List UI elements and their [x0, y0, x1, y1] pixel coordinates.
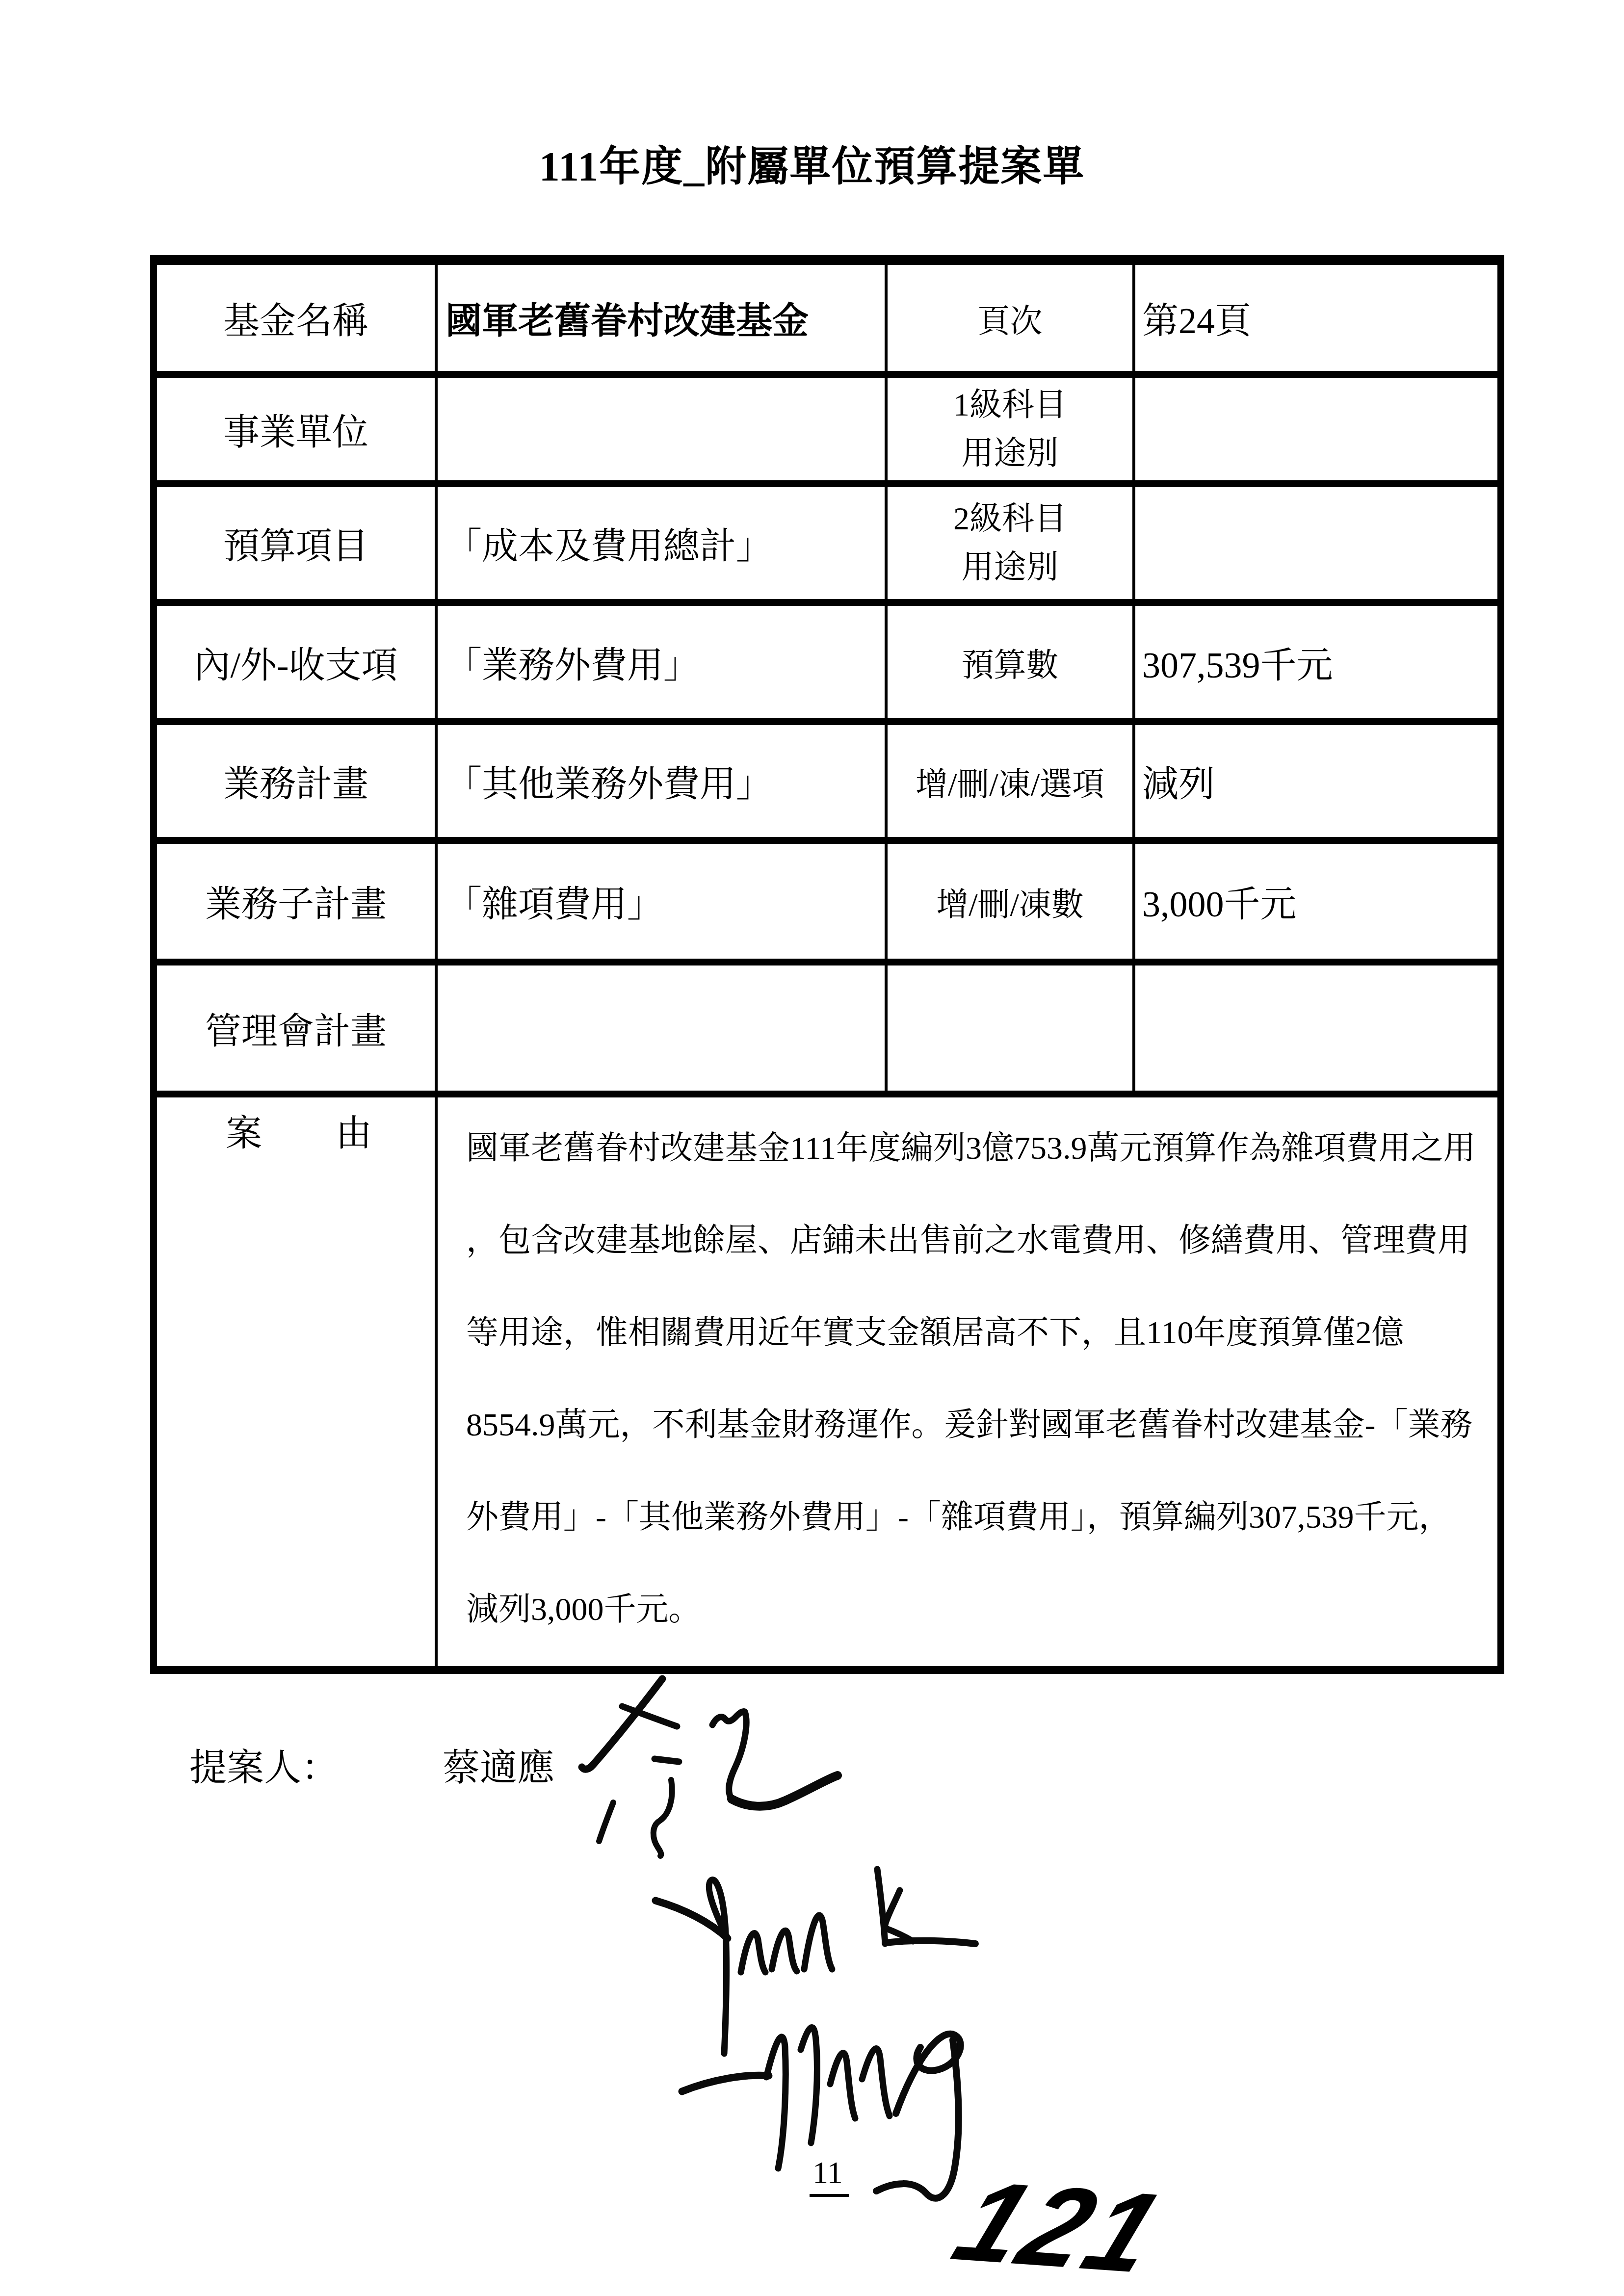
- level1-category-label-lines: 1級科目 用途別: [953, 381, 1067, 478]
- case-reason-line: 外費用」-「其他業務外費用」-「雜項費用」，預算編列307,539千元，: [466, 1471, 1485, 1564]
- management-board-plan-value: [438, 965, 888, 1097]
- management-board-plan-label: 管理會計畫: [157, 965, 438, 1097]
- fund-name-label: 基金名稱: [157, 265, 438, 378]
- business-unit-value: [438, 378, 888, 487]
- fund-name-value: 國軍老舊眷村改建基金: [438, 265, 888, 378]
- budget-item-label: 預算項目: [157, 487, 438, 606]
- business-plan-label: 業務計畫: [157, 725, 438, 844]
- level2-category-label: 2級科目 用途別: [888, 487, 1135, 606]
- business-subplan-value: 「雜項費用」: [438, 844, 888, 965]
- case-reason-line: 減列3,000千元。: [466, 1564, 1485, 1656]
- page-title: 111年度_附屬單位預算提案單: [0, 133, 1624, 193]
- scanned-budget-proposal-form: 111年度_附屬單位預算提案單 基金名稱 國軍老舊眷村改建基金 頁次 第24頁 …: [0, 0, 1624, 2296]
- business-unit-label: 事業單位: [157, 378, 438, 487]
- business-subplan-label: 業務子計畫: [157, 844, 438, 965]
- case-reason-line: 8554.9萬元，不利基金財務運作。爰針對國軍老舊眷村改建基金-「業務: [466, 1379, 1485, 1471]
- budget-table: 基金名稱 國軍老舊眷村改建基金 頁次 第24頁 事業單位 1級科目 用途別 預算…: [150, 255, 1504, 1674]
- case-reason-line: 國軍老舊眷村改建基金111年度編列3億753.9萬元預算作為雜項費用之用: [466, 1102, 1485, 1195]
- level1-category-label: 1級科目 用途別: [888, 378, 1135, 487]
- proposer-label: 提案人：: [189, 1738, 339, 1791]
- level1-category-line2: 用途別: [962, 429, 1059, 478]
- level1-category-line1: 1級科目: [953, 381, 1067, 429]
- management-board-plan-label2: [888, 965, 1135, 1097]
- printed-page-number: 11: [810, 2155, 849, 2197]
- business-plan-value: 「其他業務外費用」: [438, 725, 888, 844]
- add-delete-freeze-amount-value: 3,000千元: [1135, 844, 1497, 965]
- add-delete-freeze-amount-label: 增/刪/凍數: [888, 844, 1135, 965]
- level2-category-value: [1135, 487, 1497, 606]
- proposer-name: 蔡適應: [443, 1738, 554, 1791]
- signature-part-top: [582, 1679, 838, 1856]
- case-reason-label-char1: 案: [226, 1104, 262, 1156]
- budget-amount-value: 307,539千元: [1135, 606, 1497, 725]
- management-board-plan-value2: [1135, 965, 1497, 1097]
- add-delete-freeze-option-value: 減列: [1135, 725, 1497, 844]
- case-reason-line: 等用途，惟相關費用近年實支金額居高不下，且110年度預算僅2億: [466, 1287, 1485, 1379]
- signature-part-middle: [655, 1869, 975, 2054]
- case-reason-label: 案 由: [157, 1097, 438, 1666]
- case-reason-text: 國軍老舊眷村改建基金111年度編列3億753.9萬元預算作為雜項費用之用 ，包含…: [438, 1097, 1497, 1666]
- level2-category-line1: 2級科目: [953, 495, 1067, 543]
- add-delete-freeze-option-label: 增/刪/凍/選項: [888, 725, 1135, 844]
- page-index-value: 第24頁: [1135, 265, 1497, 378]
- level2-category-label-lines: 2級科目 用途別: [953, 495, 1067, 592]
- page-index-label: 頁次: [888, 265, 1135, 378]
- handwritten-page-number: 121: [941, 2165, 1179, 2291]
- revenue-expense-item-label: 內/外-收支項: [157, 606, 438, 725]
- level1-category-value: [1135, 378, 1497, 487]
- case-reason-label-char2: 由: [336, 1104, 372, 1156]
- budget-item-value: 「成本及費用總計」: [438, 487, 888, 606]
- revenue-expense-item-value: 「業務外費用」: [438, 606, 888, 725]
- level2-category-line2: 用途別: [962, 543, 1059, 592]
- case-reason-line: ，包含改建基地餘屋、店鋪未出售前之水電費用、修繕費用、管理費用: [466, 1195, 1485, 1287]
- budget-amount-label: 預算數: [888, 606, 1135, 725]
